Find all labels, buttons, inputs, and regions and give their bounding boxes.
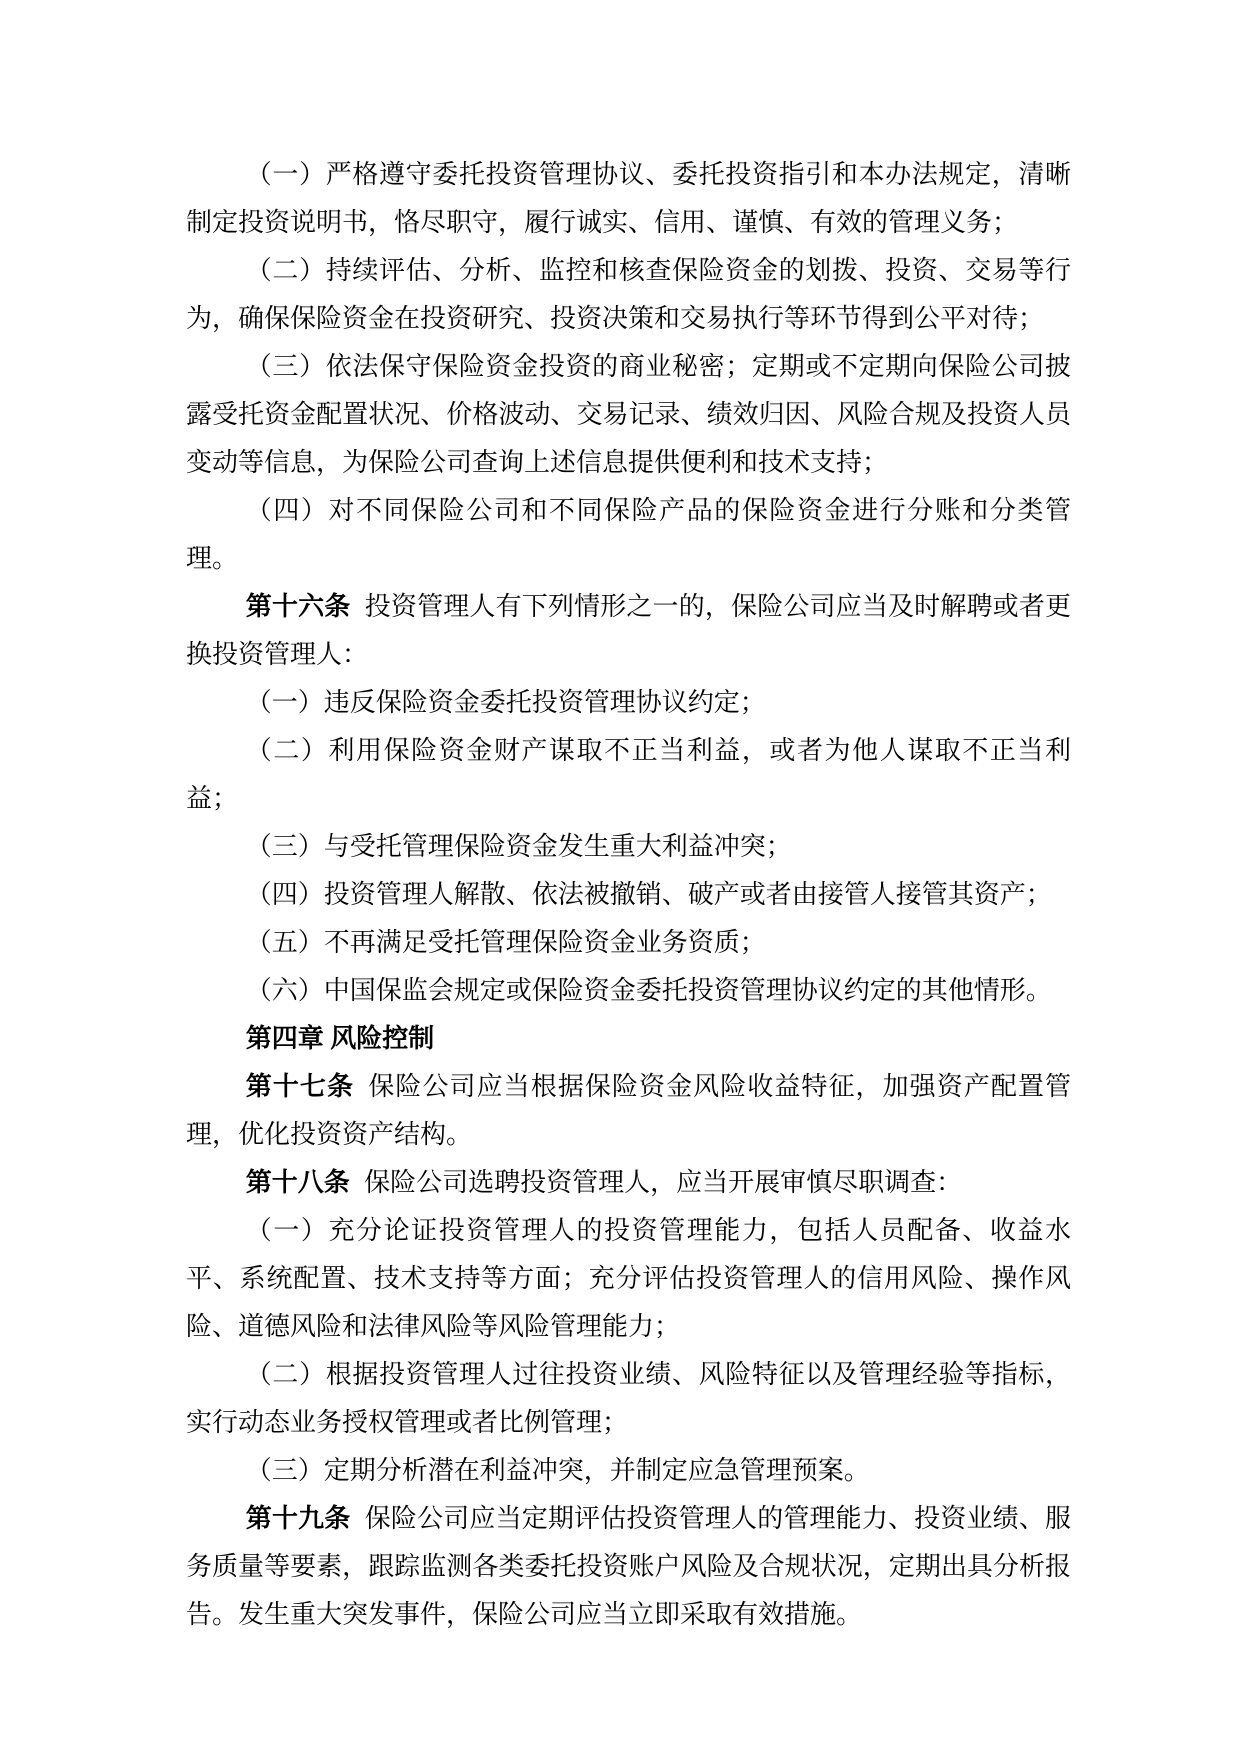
paragraph-text: （四）对不同保险公司和不同保险产品的保险资金进行分账和分类管理。 xyxy=(186,496,1071,573)
chapter-heading: 第四章 风险控制 xyxy=(186,1015,1071,1063)
paragraph-text: （三）依法保守保险资金投资的商业秘密；定期或不定期向保险公司披露受托资金配置状况… xyxy=(186,352,1071,477)
paragraph-text: （五）不再满足受托管理保险资金业务资质； xyxy=(246,928,766,957)
paragraph: （二）利用保险资金财产谋取不正当利益，或者为他人谋取不正当利益； xyxy=(186,727,1071,823)
paragraph: （二）根据投资管理人过往投资业绩、风险特征以及管理经验等指标，实行动态业务授权管… xyxy=(186,1351,1071,1447)
document-body: （一）严格遵守委托投资管理协议、委托投资指引和本办法规定，清晰制定投资说明书，恪… xyxy=(186,151,1071,1639)
paragraph: （三）定期分析潜在利益冲突，并制定应急管理预案。 xyxy=(186,1447,1071,1495)
paragraph: （四）投资管理人解散、依法被撤销、破产或者由接管人接管其资产； xyxy=(186,871,1071,919)
paragraph-text: （三）与受托管理保险资金发生重大利益冲突； xyxy=(246,832,792,861)
paragraph: （四）对不同保险公司和不同保险产品的保险资金进行分账和分类管理。 xyxy=(186,487,1071,583)
paragraph: （一）违反保险资金委托投资管理协议约定； xyxy=(186,679,1071,727)
article-number: 第十九条 xyxy=(246,1504,351,1533)
paragraph-text: （六）中国保监会规定或保险资金委托投资管理协议约定的其他情形。 xyxy=(246,976,1052,1005)
article-number: 第四章 风险控制 xyxy=(246,1024,435,1053)
paragraph-text: （二）持续评估、分析、监控和核查保险资金的划拨、投资、交易等行为，确保保险资金在… xyxy=(186,256,1071,333)
paragraph: （五）不再满足受托管理保险资金业务资质； xyxy=(186,919,1071,967)
paragraph-text: （一）充分论证投资管理人的投资管理能力，包括人员配备、收益水平、系统配置、技术支… xyxy=(186,1216,1071,1341)
document-page: （一）严格遵守委托投资管理协议、委托投资指引和本办法规定，清晰制定投资说明书，恪… xyxy=(0,0,1241,1754)
paragraph-text: （二）根据投资管理人过往投资业绩、风险特征以及管理经验等指标，实行动态业务授权管… xyxy=(186,1360,1071,1437)
article-number: 第十六条 xyxy=(246,592,351,621)
paragraph: 第十九条保险公司应当定期评估投资管理人的管理能力、投资业绩、服务质量等要素，跟踪… xyxy=(186,1495,1071,1639)
paragraph-text: （二）利用保险资金财产谋取不正当利益，或者为他人谋取不正当利益； xyxy=(186,736,1071,813)
paragraph: （二）持续评估、分析、监控和核查保险资金的划拨、投资、交易等行为，确保保险资金在… xyxy=(186,247,1071,343)
article-number: 第十七条 xyxy=(246,1072,354,1101)
paragraph-text: （一）严格遵守委托投资管理协议、委托投资指引和本办法规定，清晰制定投资说明书，恪… xyxy=(186,160,1071,237)
paragraph: （三）与受托管理保险资金发生重大利益冲突； xyxy=(186,823,1071,871)
paragraph-text: （一）违反保险资金委托投资管理协议约定； xyxy=(246,688,766,717)
article-number: 第十八条 xyxy=(246,1168,350,1197)
paragraph: 第十八条保险公司选聘投资管理人，应当开展审慎尽职调查： xyxy=(186,1159,1071,1207)
paragraph-text: 保险公司选聘投资管理人，应当开展审慎尽职调查： xyxy=(364,1168,962,1197)
paragraph: （六）中国保监会规定或保险资金委托投资管理协议约定的其他情形。 xyxy=(186,967,1071,1015)
paragraph: （三）依法保守保险资金投资的商业秘密；定期或不定期向保险公司披露受托资金配置状况… xyxy=(186,343,1071,487)
paragraph: 第十六条投资管理人有下列情形之一的，保险公司应当及时解聘或者更换投资管理人： xyxy=(186,583,1071,679)
paragraph-text: （四）投资管理人解散、依法被撤销、破产或者由接管人接管其资产； xyxy=(246,880,1052,909)
paragraph-text: （三）定期分析潜在利益冲突，并制定应急管理预案。 xyxy=(246,1456,870,1485)
paragraph: （一）严格遵守委托投资管理协议、委托投资指引和本办法规定，清晰制定投资说明书，恪… xyxy=(186,151,1071,247)
paragraph: 第十七条保险公司应当根据保险资金风险收益特征，加强资产配置管理，优化投资资产结构… xyxy=(186,1063,1071,1159)
paragraph: （一）充分论证投资管理人的投资管理能力，包括人员配备、收益水平、系统配置、技术支… xyxy=(186,1207,1071,1351)
